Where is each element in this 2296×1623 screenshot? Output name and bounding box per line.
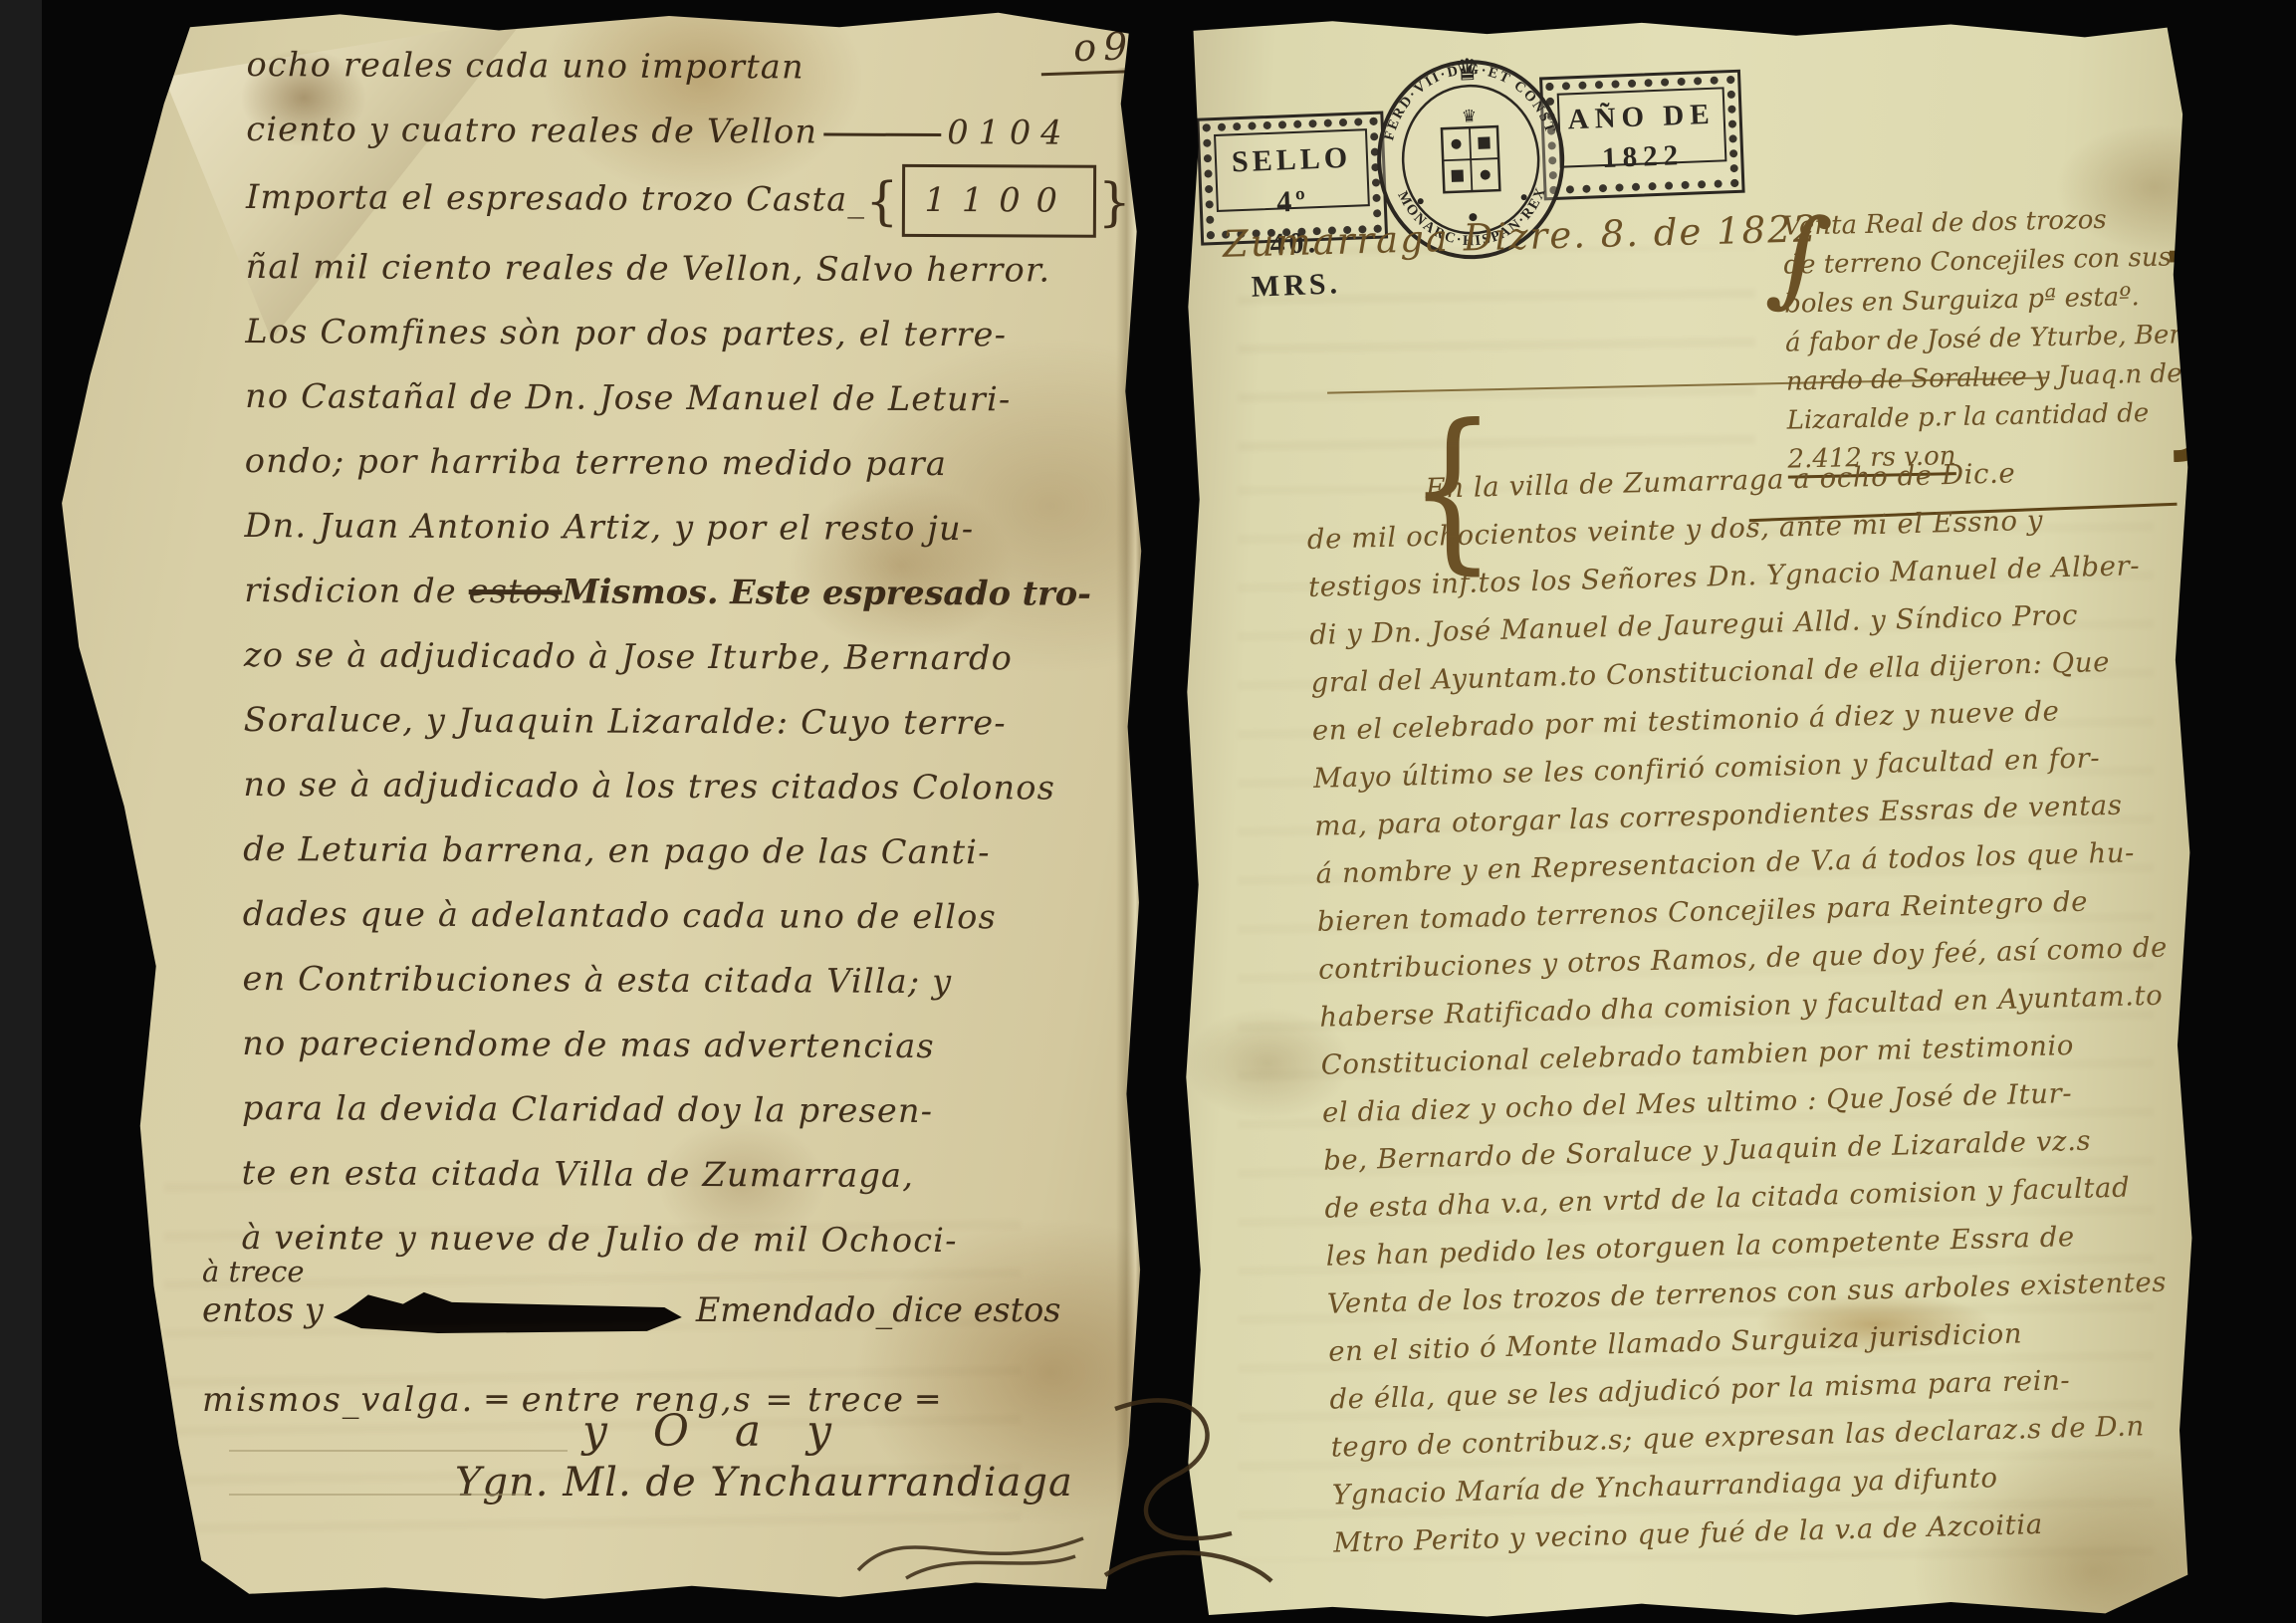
manuscript-line: no pareciendome de mas advertencias bbox=[242, 1011, 1153, 1079]
manuscript-line: ocho reales cada uno importan bbox=[246, 32, 1157, 101]
left-page-text-block: ocho reales cada uno importan ciento y c… bbox=[241, 32, 1157, 1274]
deed-body-text: En la villa de Zumarraga a ocho de Dic.e… bbox=[1305, 445, 2220, 1567]
stamp-year-text: AÑO DE 1822 bbox=[1557, 87, 1727, 167]
signature-rubric bbox=[1080, 1384, 1289, 1598]
manuscript-scan: o996 ocho reales cada uno importan cient… bbox=[0, 0, 2296, 1623]
open-brace: { bbox=[865, 172, 900, 232]
interlined-correction: à trece bbox=[202, 1255, 305, 1288]
manuscript-line: ondo; por harriba terreno medido para bbox=[245, 428, 1156, 497]
manuscript-line-amount: ciento y cuatro reales de Vellon0104 bbox=[246, 97, 1157, 165]
redacted-blot bbox=[334, 1291, 682, 1333]
overwritten-word: Mismos. Este espresado tro- bbox=[562, 572, 1091, 612]
manuscript-line: dades que à adelantado cada uno de ellos bbox=[243, 881, 1154, 950]
manuscript-line: de Leturia barrena, en pago de las Canti… bbox=[243, 816, 1154, 885]
right-page: SELLO 4º 40. MRS. AÑO DE 1822 bbox=[1178, 18, 2208, 1623]
stamp-ornament-border: AÑO DE 1822 bbox=[1545, 76, 1738, 194]
manuscript-line: Dn. Juan Antonio Artiz, y por el resto j… bbox=[244, 493, 1155, 562]
line-text: Emendado_dice estos bbox=[696, 1290, 1061, 1329]
shield-crown-icon: ♛ bbox=[1462, 107, 1478, 127]
manuscript-line: ñal mil ciento reales de Vellon, Salvo h… bbox=[246, 234, 1157, 303]
manuscript-line: no Castañal de Dn. Jose Manuel de Leturi… bbox=[245, 363, 1156, 432]
manuscript-line: Soraluce, y Juaquin Lizaralde: Cuyo terr… bbox=[244, 687, 1155, 756]
boxed-amount-value: 1100 bbox=[901, 164, 1096, 238]
stamp-sello-line: SELLO 4º bbox=[1216, 136, 1368, 226]
crown-icon: ♛ bbox=[1454, 53, 1482, 89]
manuscript-line: en Contribuciones à esta citada Villa; y bbox=[242, 946, 1153, 1015]
manuscript-line: Los Comfines sòn por dos partes, el terr… bbox=[245, 299, 1156, 367]
manuscript-line: te en esta citada Villa de Zumarraga, bbox=[242, 1140, 1153, 1209]
ghost-rule bbox=[229, 1494, 528, 1496]
note-brace: } bbox=[2155, 326, 2235, 366]
stamp-ano-line: AÑO DE bbox=[1559, 94, 1723, 139]
line-text: risdicion de bbox=[244, 571, 469, 610]
left-page: o996 ocho reales cada uno importan cient… bbox=[45, 8, 1180, 1605]
manuscript-line: no se à adjudicado à los tres citados Co… bbox=[243, 752, 1154, 820]
signature-underflourish bbox=[846, 1508, 1095, 1598]
signature-flourish-text: y O a y bbox=[582, 1406, 847, 1457]
close-brace: } bbox=[1098, 173, 1133, 233]
ghost-rule bbox=[229, 1450, 568, 1452]
manuscript-line-boxed-amount: Importa el espresado trozo Casta_{1100} bbox=[246, 161, 1157, 238]
line-text: ciento y cuatro reales de Vellon bbox=[246, 110, 817, 151]
stamp-left-text: SELLO 4º 40. MRS. bbox=[1214, 128, 1370, 212]
struck-word: estos bbox=[469, 572, 563, 610]
manuscript-line: para la devida Claridad doy la presen- bbox=[242, 1075, 1153, 1144]
note-brace: } bbox=[2176, 172, 2235, 212]
signature: Ygn. Ml. de Ynchaurrandiaga bbox=[455, 1460, 1073, 1506]
manuscript-line: zo se à adjudicado à Jose Iturbe, Bernar… bbox=[244, 622, 1155, 691]
line-text: Importa el espresado trozo Casta_ bbox=[246, 177, 865, 219]
stamp-year-line: 1822 bbox=[1560, 133, 1724, 179]
manuscript-line: à veinte y nueve de Julio de mil Ochoci- bbox=[241, 1205, 1152, 1274]
manuscript-line-emended: risdicion de estosMismos. Este espresado… bbox=[244, 558, 1155, 626]
line-text: entos y bbox=[202, 1290, 324, 1329]
emendation-line: entos yEmendado_dice estos bbox=[202, 1290, 1060, 1333]
amount-value: 0104 bbox=[947, 113, 1071, 152]
margin-summary-note: Venta Real de dos trozos de terreno Conc… bbox=[1782, 198, 2231, 479]
dash-leader bbox=[823, 132, 941, 136]
scanner-edge-strip bbox=[0, 0, 42, 1623]
